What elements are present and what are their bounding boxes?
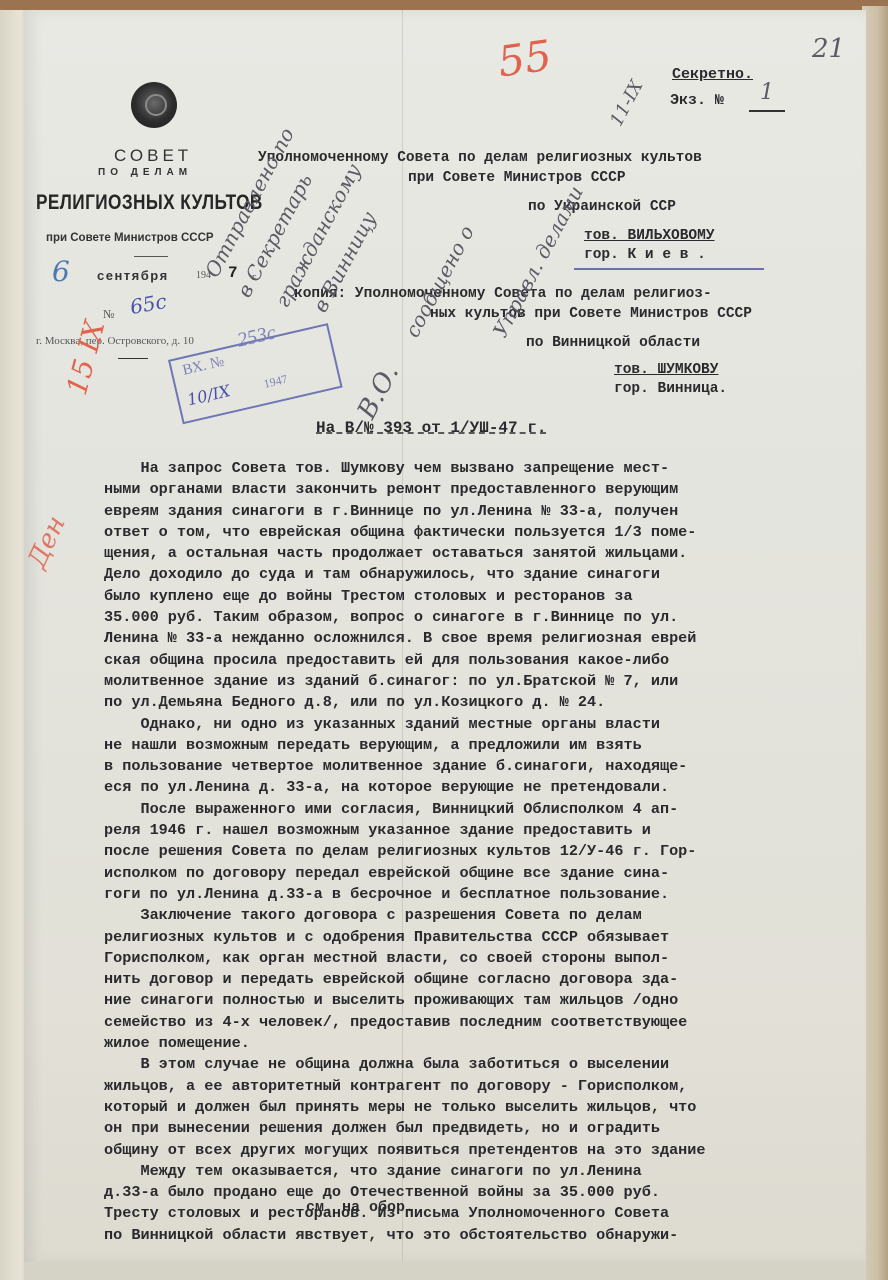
date-year-suffix: 7 bbox=[228, 264, 238, 282]
stamp-date: 10/IX bbox=[185, 381, 232, 409]
body-line: было куплено еще до войны Трестом столов… bbox=[104, 586, 874, 607]
body-line: д.33-а было продано еще до Отечественной… bbox=[104, 1182, 874, 1203]
addressee-city: гор. К и е в . bbox=[584, 247, 706, 263]
body-line: семейство из 4-х человек/, предоставив п… bbox=[104, 1012, 874, 1033]
body-line: не нашли возможным передать верующим, а … bbox=[104, 735, 874, 756]
body-line: общину от всех других могущих появиться … bbox=[104, 1140, 874, 1161]
letterhead-line1: СОВЕТ bbox=[114, 146, 192, 166]
page-number: 21 bbox=[812, 34, 845, 64]
body-line: Горисполком, как орган местной власти, с… bbox=[104, 948, 874, 969]
body-line: ными органами власти закончить ремонт пр… bbox=[104, 479, 874, 500]
letterhead-line2: ПО ДЕЛАМ bbox=[98, 167, 192, 178]
body-line: по Винницкой области явствует, что это о… bbox=[104, 1225, 874, 1246]
body-line: реля 1946 г. нашел возможным указанное з… bbox=[104, 820, 874, 841]
body-line: нить договор и передать еврейской общине… bbox=[104, 969, 874, 990]
copy-label: Экз. № bbox=[670, 92, 724, 109]
copy-number: 1 bbox=[760, 80, 774, 105]
body-line: он при вынесении решения должен был пред… bbox=[104, 1118, 874, 1139]
body-line: В этом случае не община должна была забо… bbox=[104, 1054, 874, 1075]
body-line: жильцов, а ее авторитетный контрагент по… bbox=[104, 1076, 874, 1097]
red-page-number: 55 bbox=[495, 31, 555, 87]
body-line: Тресту столовых и ресторанов. Из письма … bbox=[104, 1203, 874, 1224]
letterhead-address: г. Москва, пер. Островского, д. 10 bbox=[36, 335, 194, 347]
body-line: жилое помещение. bbox=[104, 1033, 874, 1054]
copy-to-city: гор. Винница. bbox=[614, 381, 727, 397]
body-line: исполком по договору передал еврейской о… bbox=[104, 863, 874, 884]
addressee-underline bbox=[574, 268, 764, 270]
letterhead-line4: при Совете Министров СССР bbox=[46, 232, 214, 244]
body-line: щения, а остальная часть продолжает оста… bbox=[104, 543, 874, 564]
address-dash bbox=[118, 358, 148, 359]
copy-to-line3: по Винницкой области bbox=[526, 335, 700, 351]
body-line: 35.000 руб. Таким образом, вопрос о сина… bbox=[104, 607, 874, 628]
letterhead-divider bbox=[134, 256, 168, 257]
body-line: Между тем оказывается, что здание синаго… bbox=[104, 1161, 874, 1182]
body-line: после решения Совета по делам религиозны… bbox=[104, 841, 874, 862]
body-line: Ленина № 33-а нежданно осложнился. В сво… bbox=[104, 628, 874, 649]
stamp-year: 1947 bbox=[262, 372, 289, 392]
body-line: ская община просила предоставить ей для … bbox=[104, 650, 874, 671]
body-line: по ул.Демьяна Бедного д.8, или по ул.Коз… bbox=[104, 692, 874, 713]
body-line: На запрос Совета тов. Шумкову чем вызван… bbox=[104, 458, 874, 479]
secret-label: Секретно. bbox=[672, 66, 753, 83]
body-line: ние синагоги полностью и выселить прожив… bbox=[104, 990, 874, 1011]
body-line: Дело доходило до суда и там обнаружилось… bbox=[104, 564, 874, 585]
date-month: сентября bbox=[97, 268, 169, 283]
letter-body: На запрос Совета тов. Шумкову чем вызван… bbox=[104, 458, 874, 1246]
copy-to-line2: ных культов при Совете Министров СССР bbox=[430, 306, 752, 322]
body-line: евреям здания синагоги в г.Виннице по ул… bbox=[104, 501, 874, 522]
body-line: Однако, ни одно из указанных зданий мест… bbox=[104, 714, 874, 735]
ussr-emblem-icon bbox=[131, 82, 177, 128]
addressee-name: тов. ВИЛЬХОВОМУ bbox=[584, 228, 715, 244]
body-line: гоги по ул.Ленина д.33-а в бесрочное и б… bbox=[104, 884, 874, 905]
body-line: молитвенное здание из зданий б.синагог: … bbox=[104, 671, 874, 692]
body-line: религиозных культов и с одобрения Правит… bbox=[104, 927, 874, 948]
body-line: Заключение такого договора с разрешения … bbox=[104, 905, 874, 926]
addressee-line1: Уполномоченному Совета по делам религиоз… bbox=[258, 150, 702, 166]
addressee-line2: при Совете Министров СССР bbox=[408, 170, 626, 186]
continued-overleaf-note: см. на обор. bbox=[306, 1199, 414, 1216]
body-line: который и должен был принять меры не тол… bbox=[104, 1097, 874, 1118]
page-bottom-edge bbox=[24, 1262, 866, 1280]
letterhead-line3: РЕЛИГИОЗНЫХ КУЛЬТОВ bbox=[36, 191, 263, 215]
number-sign: № bbox=[103, 307, 114, 322]
date-day: 6 bbox=[52, 255, 70, 288]
stamp-label: ВХ. № bbox=[181, 354, 226, 380]
reference-line: На В/№ 393 от 1/УШ-47 г. bbox=[316, 419, 546, 437]
body-line: еся по ул.Ленина д. 33-а, на которое вер… bbox=[104, 777, 874, 798]
body-line: ответ о том, что еврейская община фактич… bbox=[104, 522, 874, 543]
body-line: После выраженного ими согласия, Винницки… bbox=[104, 799, 874, 820]
copy-number-underline bbox=[749, 110, 785, 112]
copy-to-name: тов. ШУМКОВУ bbox=[614, 362, 718, 378]
body-line: в пользование четвертое молитвенное здан… bbox=[104, 756, 874, 777]
